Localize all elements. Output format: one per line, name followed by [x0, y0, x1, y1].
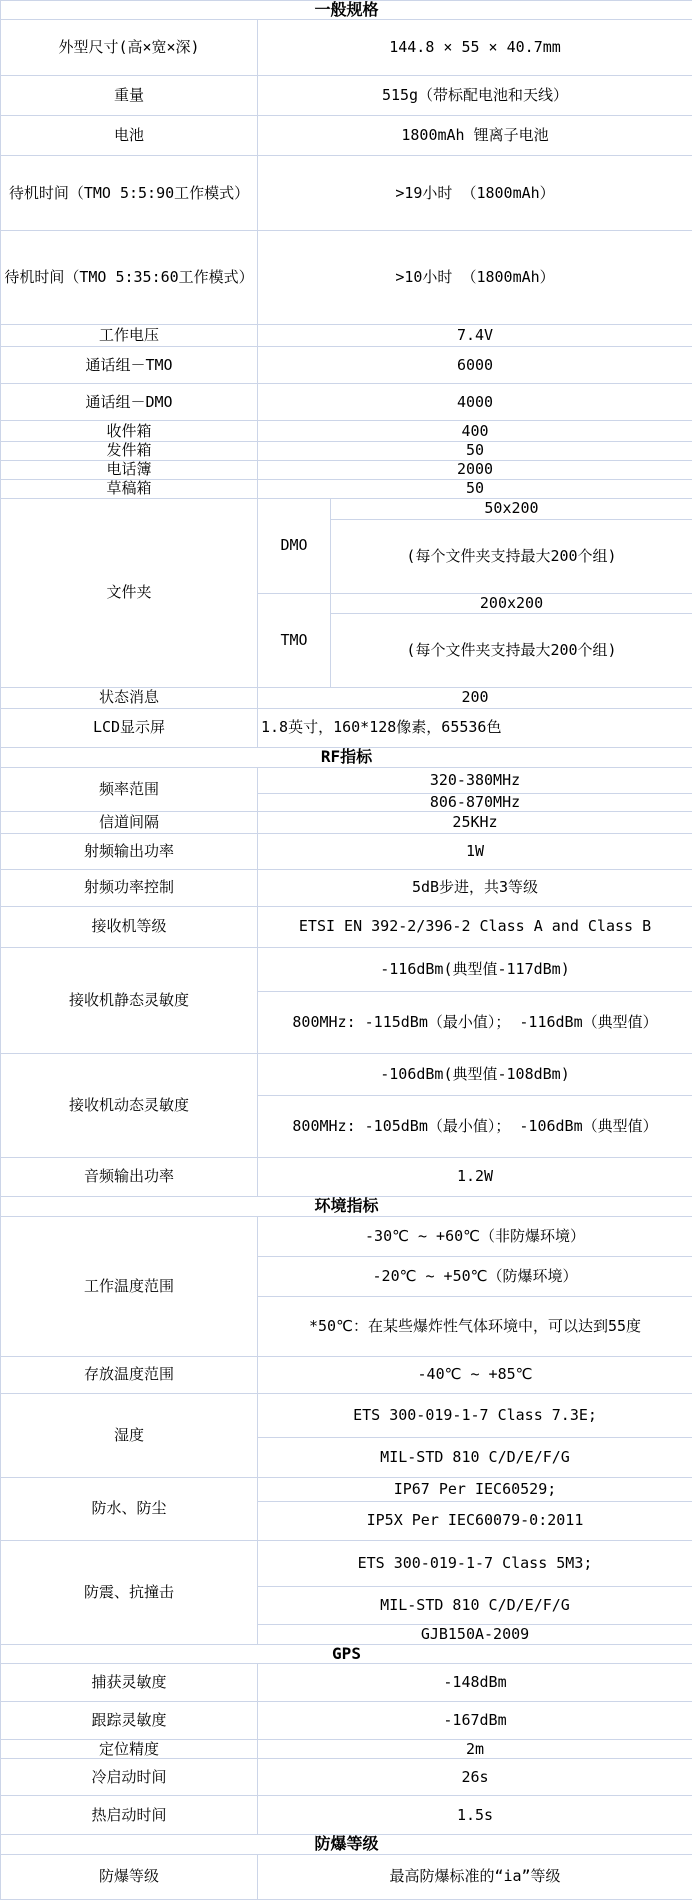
table-row: 收件箱 400	[1, 421, 692, 442]
table-row: 跟踪灵敏度 -167dBm	[1, 1702, 692, 1740]
table-row: 热启动时间 1.5s	[1, 1796, 692, 1835]
spec-label: 重量	[1, 76, 258, 116]
table-row: 外型尺寸(高×宽×深) 144.8 × 55 × 40.7mm	[1, 20, 692, 76]
table-row: 射频输出功率 1W	[1, 833, 692, 869]
spec-value: -148dBm	[258, 1664, 692, 1702]
spec-label: 接收机静态灵敏度	[1, 947, 258, 1053]
table-row: 频率范围 320-380MHz	[1, 767, 692, 793]
spec-label: 工作电压	[1, 325, 258, 347]
section-row: 一般规格	[1, 1, 692, 20]
spec-value: 144.8 × 55 × 40.7mm	[258, 20, 692, 76]
spec-label: 湿度	[1, 1393, 258, 1477]
table-row: 通话组－TMO 6000	[1, 347, 692, 384]
spec-value: 26s	[258, 1759, 692, 1796]
spec-value: -20℃ ~ +50℃（防爆环境）	[258, 1256, 692, 1296]
spec-value: GJB150A-2009	[258, 1624, 692, 1644]
spec-label: 防水、防尘	[1, 1477, 258, 1540]
table-row: 定位精度 2m	[1, 1740, 692, 1759]
spec-label: 防爆等级	[1, 1854, 258, 1899]
spec-value: 200x200	[331, 593, 692, 613]
spec-label: 电池	[1, 116, 258, 156]
spec-label: 频率范围	[1, 767, 258, 811]
spec-label: 外型尺寸(高×宽×深)	[1, 20, 258, 76]
spec-label: 通话组－DMO	[1, 384, 258, 421]
spec-label: 接收机等级	[1, 906, 258, 947]
table-row: 湿度 ETS 300-019-1-7 Class 7.3E;	[1, 1393, 692, 1437]
spec-label: 收件箱	[1, 421, 258, 442]
spec-value: 50	[258, 442, 692, 460]
table-row: 防震、抗撞击 ETS 300-019-1-7 Class 5M3;	[1, 1540, 692, 1586]
spec-value: 50	[258, 479, 692, 498]
spec-value: 1.5s	[258, 1796, 692, 1835]
spec-label: 待机时间（TMO 5:35:60工作模式）	[1, 231, 258, 325]
spec-label: 存放温度范围	[1, 1356, 258, 1393]
spec-label: 通话组－TMO	[1, 347, 258, 384]
section-header: 防爆等级	[1, 1835, 692, 1854]
spec-value: 400	[258, 421, 692, 442]
spec-value: >10小时 （1800mAh）	[258, 231, 692, 325]
spec-value: 1800mAh 锂离子电池	[258, 116, 692, 156]
spec-value: (每个文件夹支持最大200个组)	[331, 519, 692, 593]
spec-label: 接收机动态灵敏度	[1, 1053, 258, 1157]
table-row: 发件箱 50	[1, 442, 692, 460]
spec-label: 文件夹	[1, 498, 258, 687]
spec-label: 跟踪灵敏度	[1, 1702, 258, 1740]
spec-value: 200	[258, 687, 692, 708]
table-row: 接收机动态灵敏度 -106dBm(典型值-108dBm)	[1, 1053, 692, 1095]
spec-value: 1.8英寸，160*128像素，65536色	[258, 708, 692, 747]
spec-sublabel: DMO	[258, 498, 331, 593]
table-row: 射频功率控制 5dB步进，共3等级	[1, 869, 692, 906]
section-row: 防爆等级	[1, 1835, 692, 1854]
table-row: 防水、防尘 IP67 Per IEC60529;	[1, 1477, 692, 1501]
spec-label: 冷启动时间	[1, 1759, 258, 1796]
spec-label: 射频输出功率	[1, 833, 258, 869]
section-row: RF指标	[1, 747, 692, 767]
table-row: 接收机静态灵敏度 -116dBm(典型值-117dBm)	[1, 947, 692, 991]
spec-label: 状态消息	[1, 687, 258, 708]
section-header: 环境指标	[1, 1196, 692, 1216]
spec-value: 800MHz: -105dBm（最小值）； -106dBm（典型值）	[258, 1095, 692, 1157]
spec-label: 定位精度	[1, 1740, 258, 1759]
table-row: 防爆等级 最高防爆标准的“ia”等级	[1, 1854, 692, 1899]
table-row: 电话簿 2000	[1, 460, 692, 479]
spec-value: 2m	[258, 1740, 692, 1759]
spec-value: IP5X Per IEC60079-0:2011	[258, 1501, 692, 1540]
spec-value: 800MHz: -115dBm（最小值）； -116dBm（典型值）	[258, 991, 692, 1053]
table-row: 冷启动时间 26s	[1, 1759, 692, 1796]
spec-label: LCD显示屏	[1, 708, 258, 747]
spec-label: 信道间隔	[1, 811, 258, 833]
spec-value: ETS 300-019-1-7 Class 7.3E;	[258, 1393, 692, 1437]
spec-sublabel: TMO	[258, 593, 331, 687]
spec-value: 7.4V	[258, 325, 692, 347]
table-row: 电池 1800mAh 锂离子电池	[1, 116, 692, 156]
table-row: 文件夹 DMO 50x200	[1, 498, 692, 519]
table-row: 重量 515g（带标配电池和天线）	[1, 76, 692, 116]
spec-value: 25KHz	[258, 811, 692, 833]
spec-value: -40℃ ~ +85℃	[258, 1356, 692, 1393]
section-header: GPS	[1, 1644, 692, 1663]
spec-value: >19小时 （1800mAh）	[258, 156, 692, 231]
spec-value: 4000	[258, 384, 692, 421]
spec-label: 电话簿	[1, 460, 258, 479]
spec-value: 6000	[258, 347, 692, 384]
spec-value: (每个文件夹支持最大200个组)	[331, 613, 692, 687]
spec-value: 1W	[258, 833, 692, 869]
table-row: 通话组－DMO 4000	[1, 384, 692, 421]
table-row: 存放温度范围 -40℃ ~ +85℃	[1, 1356, 692, 1393]
spec-label: 防震、抗撞击	[1, 1540, 258, 1644]
spec-value: MIL-STD 810 C/D/E/F/G	[258, 1437, 692, 1477]
spec-label: 热启动时间	[1, 1796, 258, 1835]
spec-value: *50℃：在某些爆炸性气体环境中，可以达到55度	[258, 1296, 692, 1356]
section-header: 一般规格	[1, 1, 692, 20]
spec-value: 806-870MHz	[258, 793, 692, 811]
table-row: 工作温度范围 -30℃ ~ +60℃（非防爆环境）	[1, 1216, 692, 1256]
spec-value: 5dB步进，共3等级	[258, 869, 692, 906]
spec-label: 草稿箱	[1, 479, 258, 498]
table-row: 音频输出功率 1.2W	[1, 1157, 692, 1196]
spec-label: 射频功率控制	[1, 869, 258, 906]
spec-label: 捕获灵敏度	[1, 1664, 258, 1702]
spec-label: 音频输出功率	[1, 1157, 258, 1196]
spec-label: 工作温度范围	[1, 1216, 258, 1356]
spec-value: -167dBm	[258, 1702, 692, 1740]
spec-label: 发件箱	[1, 442, 258, 460]
section-header: RF指标	[1, 747, 692, 767]
table-row: LCD显示屏 1.8英寸，160*128像素，65536色	[1, 708, 692, 747]
table-row: 待机时间（TMO 5:5:90工作模式） >19小时 （1800mAh）	[1, 156, 692, 231]
table-row: 信道间隔 25KHz	[1, 811, 692, 833]
spec-value: -116dBm(典型值-117dBm)	[258, 947, 692, 991]
spec-value: ETS 300-019-1-7 Class 5M3;	[258, 1540, 692, 1586]
section-row: 环境指标	[1, 1196, 692, 1216]
spec-value: 50x200	[331, 498, 692, 519]
spec-table: 一般规格 外型尺寸(高×宽×深) 144.8 × 55 × 40.7mm 重量 …	[0, 0, 692, 1900]
spec-value: MIL-STD 810 C/D/E/F/G	[258, 1586, 692, 1624]
spec-value: ETSI EN 392-2/396-2 Class A and Class B	[258, 906, 692, 947]
spec-value: 515g（带标配电池和天线）	[258, 76, 692, 116]
spec-value: 320-380MHz	[258, 767, 692, 793]
spec-value: -30℃ ~ +60℃（非防爆环境）	[258, 1216, 692, 1256]
spec-value: -106dBm(典型值-108dBm)	[258, 1053, 692, 1095]
spec-value: 1.2W	[258, 1157, 692, 1196]
spec-value: 最高防爆标准的“ia”等级	[258, 1854, 692, 1899]
table-row: 状态消息 200	[1, 687, 692, 708]
spec-value: IP67 Per IEC60529;	[258, 1477, 692, 1501]
spec-label: 待机时间（TMO 5:5:90工作模式）	[1, 156, 258, 231]
table-row: 工作电压 7.4V	[1, 325, 692, 347]
table-row: 草稿箱 50	[1, 479, 692, 498]
table-row: 待机时间（TMO 5:35:60工作模式） >10小时 （1800mAh）	[1, 231, 692, 325]
table-row: 接收机等级 ETSI EN 392-2/396-2 Class A and Cl…	[1, 906, 692, 947]
table-row: 捕获灵敏度 -148dBm	[1, 1664, 692, 1702]
spec-value: 2000	[258, 460, 692, 479]
section-row: GPS	[1, 1644, 692, 1663]
